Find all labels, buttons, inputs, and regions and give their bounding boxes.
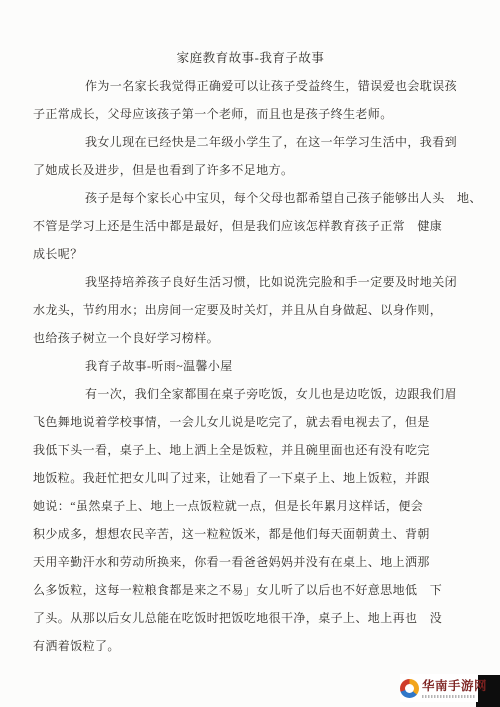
watermark-text-wrap: 华南手游网: [422, 679, 487, 698]
text-line: 作为一名家长我觉得正确爱可以让孩子受益终生，错误爱也会耽误孩: [33, 72, 468, 100]
document-title: 家庭教育故事-我育子故事: [33, 44, 468, 72]
document-content: 家庭教育故事-我育子故事 作为一名家长我觉得正确爱可以让孩子受益终生，错误爱也会…: [33, 44, 468, 660]
text-line: 了她成长及进步，但是也看到了许多不足地方。: [33, 156, 468, 184]
watermark-logo-icon: [400, 679, 419, 698]
text-line: 她说：“虽然桌子上、地上一点饭粒就一点，但是长年累月这样话，便会: [33, 492, 468, 520]
text-line: 飞色舞地说着学校事情，一会儿女儿说是吃完了，就去看电视去了，但是: [33, 408, 468, 436]
document-page: 家庭教育故事-我育子故事 作为一名家长我觉得正确爱可以让孩子受益终生，错误爱也会…: [0, 0, 500, 707]
text-line: 水龙头，节约用水；出房间一定要及时关灯，并且从自身做起、以身作则，: [33, 296, 468, 324]
text-line: 我坚持培养孩子良好生活习惯，比如说洗完脸和手一定要及时地关闭: [33, 268, 468, 296]
text-line: 有洒着饭粒了。: [33, 632, 468, 660]
text-line: 天用辛勤汗水和劳动所换来，你看一看爸爸妈妈并没有在桌上、地上洒那: [33, 548, 468, 576]
text-line: 孩子是每个家长心中宝贝，每个父母也都希望自己孩子能够出人头 地、: [33, 184, 468, 212]
text-line: 有一次，我们全家都围在桌子旁吃饭，女儿也是边吃饭，边跟我们眉: [33, 380, 468, 408]
text-line: 积少成多，想想农民辛苦，这一粒粒饭米，都是他们每天面朝黄土、背朝: [33, 520, 468, 548]
text-line: 也给孩子树立一个良好学习榜样。: [33, 324, 468, 352]
text-line: 成长呢？: [33, 240, 468, 268]
watermark-site-name: 华南手游网: [422, 679, 487, 693]
text-line: 我女儿现在已经快是二年级小学生了，在这一年学习生活中，我看到: [33, 128, 468, 156]
watermark: 华南手游网: [400, 674, 478, 702]
text-line: 么多饭粒，这每一粒粮食都是来之不易」女儿听了以后也不好意思地低 下: [33, 576, 468, 604]
document-body: 作为一名家长我觉得正确爱可以让孩子受益终生，错误爱也会耽误孩子正常成长，父母应该…: [33, 72, 468, 660]
watermark-fineprint-bar: [422, 695, 476, 698]
text-line: 我育子故事-听雨~温馨小屋: [33, 352, 468, 380]
text-line: 我低下头一看，桌子上、地上洒上全是饭粒，并且碗里面也还有没有吃完: [33, 436, 468, 464]
text-line: 不管是学习上还是生活中都是最好，但是我们应该怎样教育孩子正常 健康: [33, 212, 468, 240]
text-line: 地饭粒。我赶忙把女儿叫了过来，让她看了一下桌子上、地上饭粒，并跟: [33, 464, 468, 492]
text-line: 了头。从那以后女儿总能在吃饭时把饭吃地很干净，桌子上、地上再也 没: [33, 604, 468, 632]
text-line: 子正常成长，父母应该孩子第一个老师，而且也是孩子终生老师。: [33, 100, 468, 128]
